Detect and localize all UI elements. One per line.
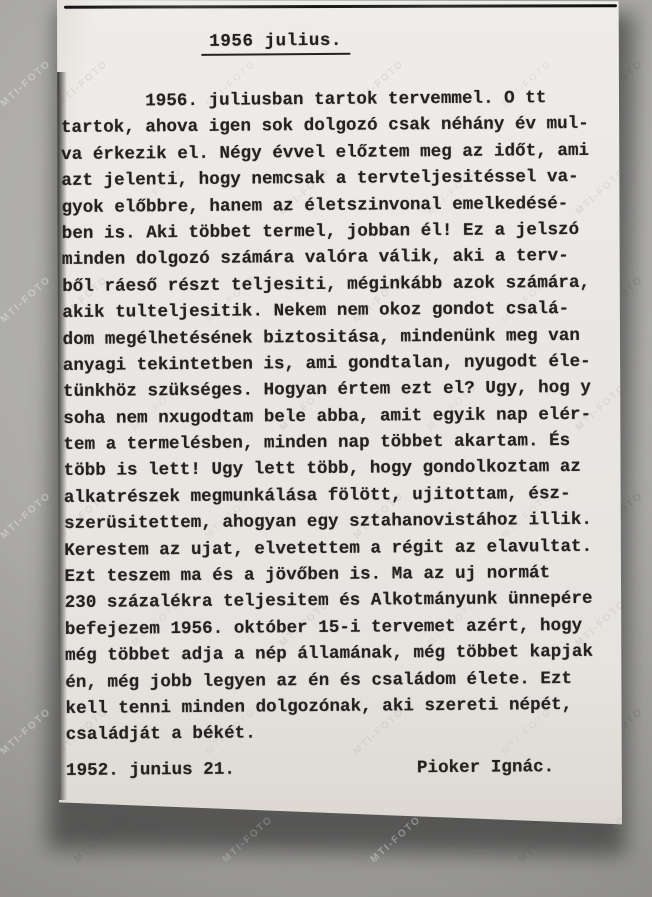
typed-text-line: kell tenni minden dolgozónak, aki szeret… xyxy=(65,692,620,723)
title-row: 1956 julius. xyxy=(201,29,615,64)
footer-row: 1952. junius 21. Pioker Ignác. xyxy=(66,756,621,780)
typed-text-line: tartok, ahova igen sok dolgozó csak néhá… xyxy=(61,111,616,142)
typed-text-line: szerüsitettem, ahogyan egy sztahanovistá… xyxy=(64,507,619,538)
footer-signature: Pioker Ignác. xyxy=(417,757,554,778)
document-body: 1956. juliusban tartok tervemmel. O tt t… xyxy=(61,85,621,749)
typed-text-line: akik tulteljesitik. Nekem nem okoz gondo… xyxy=(62,296,617,327)
typed-text-line: minden dolgozó számára valóra válik, aki… xyxy=(62,243,617,274)
typed-text-line: 230 százalékra teljesitem és Alkotmányun… xyxy=(65,586,620,617)
typed-text-line: még többet adja a nép államának, még töb… xyxy=(65,639,620,670)
typed-text-line: tünkhöz szükséges. Hogyan értem ezt el? … xyxy=(63,375,618,406)
watermark-text: MTI-FOTO xyxy=(0,490,54,541)
typewritten-page: MTI-FOTOMTI-FOTOMTI-FOTOMTI-FOTOMTI-FOTO… xyxy=(57,0,622,842)
watermark-text: MTI-FOTO xyxy=(517,0,572,1)
typed-text-line: több is lett! Ugy lett több, hogy gondol… xyxy=(64,454,619,485)
typed-text-line: azt jelenti, hogy nemcsak a tervteljesit… xyxy=(61,164,616,195)
typed-content: 1956 julius. 1956. juliusban tartok terv… xyxy=(60,0,621,781)
typed-text-line: családját a békét. xyxy=(66,718,621,749)
footer-date: 1952. junius 21. xyxy=(66,759,235,780)
watermark-text: MTI-FOTO xyxy=(0,706,54,757)
document-title: 1956 julius. xyxy=(201,31,350,56)
watermark-text: MTI-FOTO xyxy=(0,58,54,109)
watermark-text: MTI-FOTO xyxy=(574,0,622,1)
watermark-text: MTI-FOTO xyxy=(0,274,54,325)
photo-of-document: MTI-FOTOMTI-FOTOMTI-FOTOMTI-FOTOMTI-FOTO… xyxy=(0,0,652,897)
